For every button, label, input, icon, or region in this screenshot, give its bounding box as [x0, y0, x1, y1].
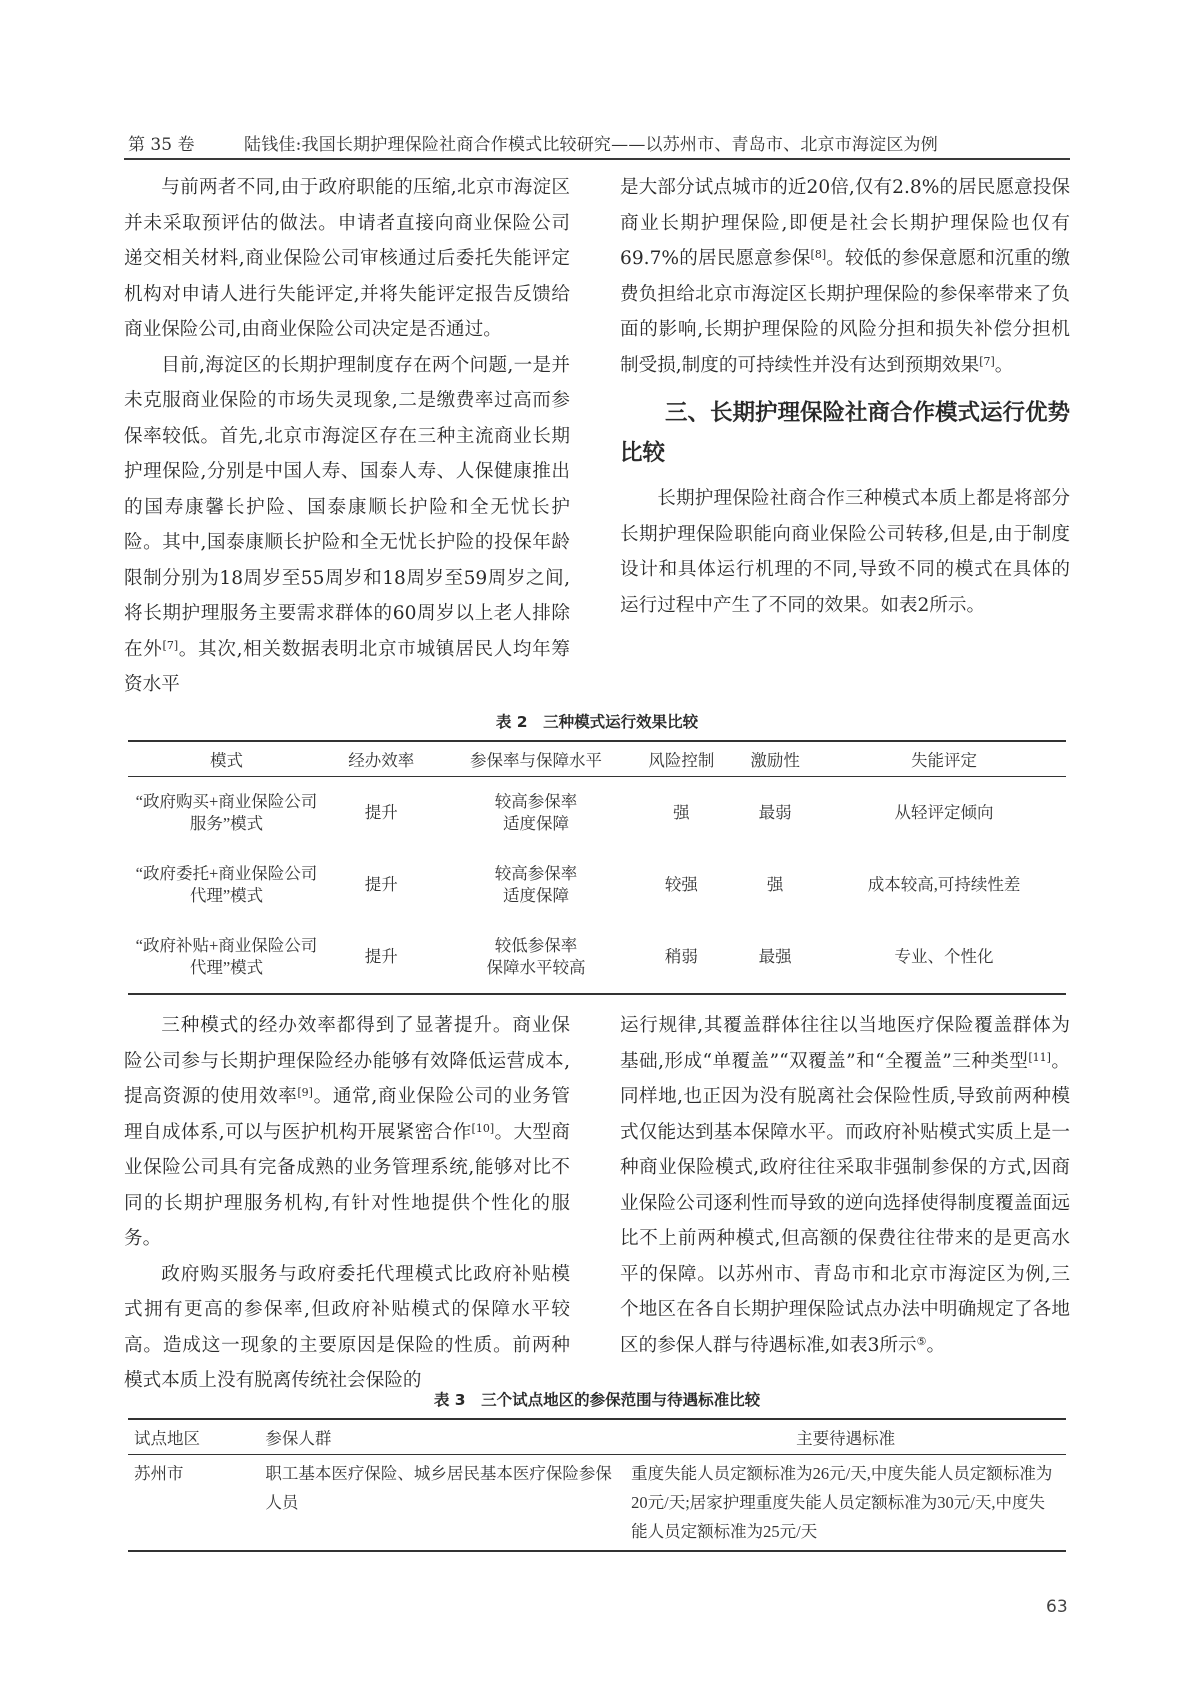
col-header: 主要待遇标准: [625, 1419, 1066, 1455]
citation: [7]: [163, 639, 179, 652]
paragraph: 政府购买服务与政府委托代理模式比政府补贴模式拥有更高的参保率,但政府补贴模式的保…: [124, 1257, 570, 1399]
col-header: 风险控制: [634, 741, 728, 777]
citation: [9]: [297, 1086, 313, 1099]
left-column-upper: 与前两者不同,由于政府职能的压缩,北京市海淀区并未采取预评估的做法。申请者直接向…: [124, 170, 570, 703]
paragraph: 三种模式的经办效率都得到了显著提升。商业保险公司参与长期护理保险经办能够有效降低…: [124, 1008, 570, 1257]
col-header: 参保人群: [259, 1419, 625, 1455]
running-title: 陆钱佳:我国长期护理保险社商合作模式比较研究——以苏州市、青岛市、北京市海淀区为…: [244, 130, 938, 155]
table3-caption: 表 3 三个试点地区的参保范围与待遇标准比较: [124, 1388, 1070, 1410]
paragraph: 运行规律,其覆盖群体往往以当地医疗保险覆盖群体为基础,形成“单覆盖”“双覆盖”和…: [620, 1008, 1070, 1363]
table-row: “政府委托+商业保险公司代理”模式 提升 较高参保率适度保障 较强 强 成本较高…: [128, 849, 1066, 921]
paragraph: 长期护理保险社商合作三种模式本质上都是将部分长期护理保险职能向商业保险公司转移,…: [620, 481, 1070, 623]
table2: 模式 经办效率 参保率与保障水平 风险控制 激励性 失能评定 “政府购买+商业保…: [128, 740, 1066, 995]
paragraph: 目前,海淀区的长期护理制度存在两个问题,一是并未克服商业保险的市场失灵现象,二是…: [124, 348, 570, 703]
citation: [10]: [472, 1122, 495, 1135]
left-column-lower: 三种模式的经办效率都得到了显著提升。商业保险公司参与长期护理保险经办能够有效降低…: [124, 1008, 570, 1399]
citation: [7]: [979, 355, 995, 368]
citation: [11]: [1028, 1051, 1051, 1064]
volume-label: 第 35 卷: [128, 130, 194, 155]
col-header: 模式: [128, 741, 325, 777]
table2-caption: 表 2 三种模式运行效果比较: [124, 710, 1070, 732]
table-header-row: 试点地区 参保人群 主要待遇标准: [128, 1419, 1066, 1455]
paragraph: 与前两者不同,由于政府职能的压缩,北京市海淀区并未采取预评估的做法。申请者直接向…: [124, 170, 570, 348]
col-header: 激励性: [728, 741, 822, 777]
paragraph: 是大部分试点城市的近20倍,仅有2.8%的居民愿意投保商业长期护理保险,即便是社…: [620, 170, 1070, 383]
table-header-row: 模式 经办效率 参保率与保障水平 风险控制 激励性 失能评定: [128, 741, 1066, 777]
running-header: 第 35 卷 陆钱佳:我国长期护理保险社商合作模式比较研究——以苏州市、青岛市、…: [124, 126, 1070, 160]
citation: [8]: [811, 248, 827, 261]
table3: 试点地区 参保人群 主要待遇标准 苏州市 职工基本医疗保险、城乡居民基本医疗保险…: [128, 1418, 1066, 1552]
section-heading: 三、长期护理保险社商合作模式运行优势比较: [620, 393, 1070, 473]
table-row: “政府购买+商业保险公司服务”模式 提升 较高参保率适度保障 强 最弱 从轻评定…: [128, 777, 1066, 850]
footnote-marker: ⑤: [917, 1335, 927, 1348]
col-header: 经办效率: [325, 741, 438, 777]
table-row: 苏州市 职工基本医疗保险、城乡居民基本医疗保险参保人员 重度失能人员定额标准为2…: [128, 1455, 1066, 1552]
col-header: 失能评定: [822, 741, 1066, 777]
page-number: 63: [1046, 1597, 1068, 1617]
right-column-upper: 是大部分试点城市的近20倍,仅有2.8%的居民愿意投保商业长期护理保险,即便是社…: [620, 170, 1070, 623]
right-column-lower: 运行规律,其覆盖群体往往以当地医疗保险覆盖群体为基础,形成“单覆盖”“双覆盖”和…: [620, 1008, 1070, 1363]
col-header: 参保率与保障水平: [438, 741, 635, 777]
table-row: “政府补贴+商业保险公司代理”模式 提升 较低参保率保障水平较高 稍弱 最强 专…: [128, 921, 1066, 994]
col-header: 试点地区: [128, 1419, 259, 1455]
